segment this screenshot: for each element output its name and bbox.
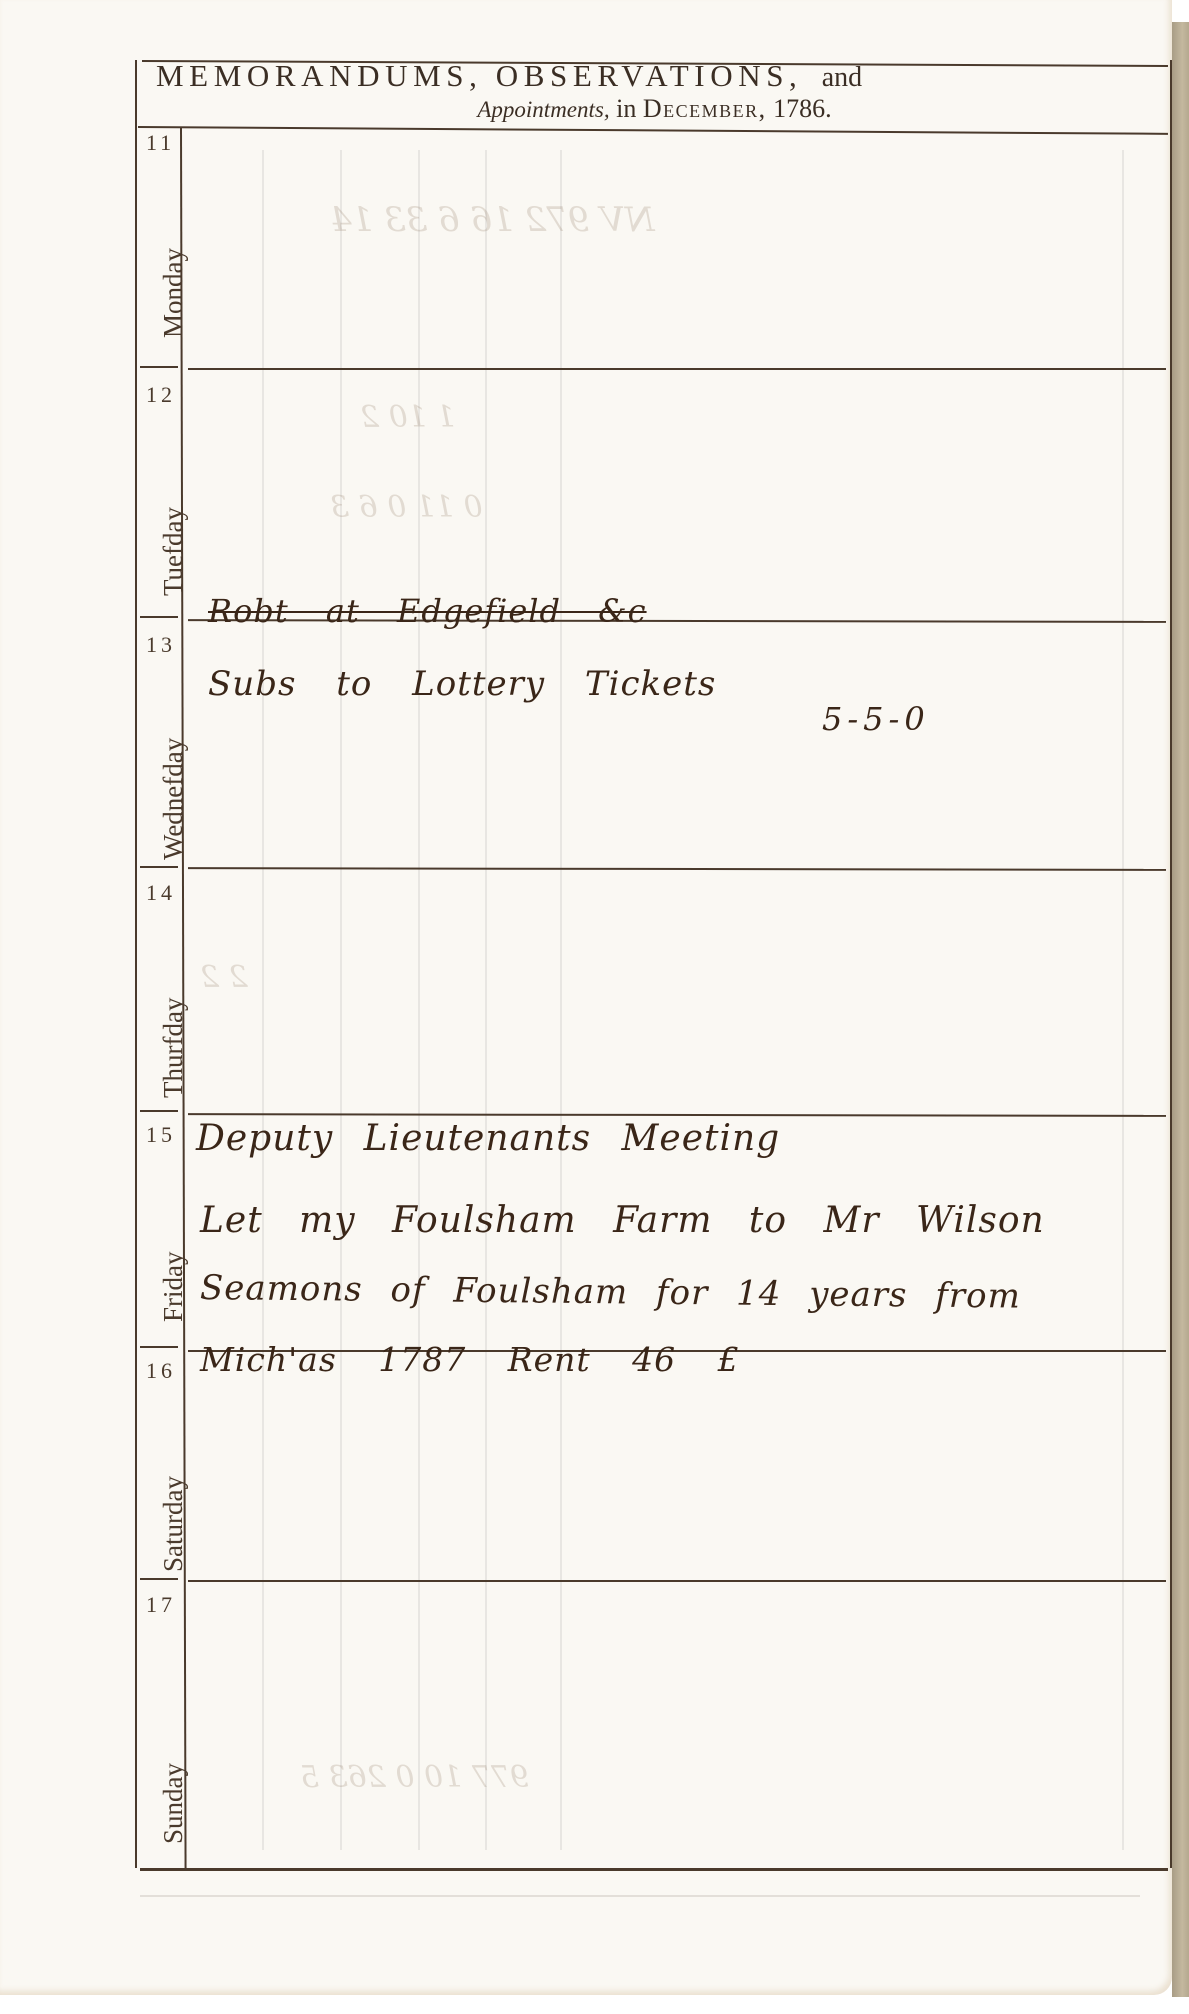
- day-separator: [140, 616, 178, 618]
- entry-wednesday-amount: 5-5-0: [822, 700, 930, 738]
- day-name: Thurfday: [158, 998, 189, 1098]
- day-number: 14: [146, 880, 176, 906]
- page-frame: [135, 60, 1172, 1868]
- row-rule: [188, 368, 1166, 370]
- title-main: MEMORANDUMS, OBSERVATIONS,: [156, 58, 802, 93]
- day-name: Sunday: [158, 1763, 189, 1844]
- day-separator: [140, 1578, 178, 1580]
- subtitle-appointments: Appointments,: [477, 97, 609, 122]
- day-number: 17: [146, 1592, 176, 1618]
- entry-tuesday-robt: Robt at Edgefield &c: [208, 592, 647, 630]
- day-name: Friday: [158, 1252, 189, 1323]
- page-title: MEMORANDUMS, OBSERVATIONS, and: [156, 58, 1166, 94]
- day-number: 15: [146, 1122, 176, 1148]
- day-separator: [140, 366, 178, 368]
- page-subtitle: Appointments, in December, 1786.: [0, 94, 1189, 124]
- day-separator: [140, 1110, 178, 1112]
- day-number: 12: [146, 382, 176, 408]
- subtitle-year: 1786.: [773, 94, 832, 123]
- day-name: Monday: [158, 248, 189, 338]
- subtitle-in: in: [616, 94, 636, 123]
- row-rule: [188, 1580, 1166, 1582]
- entry-friday-farm: Let my Foulsham Farm to Mr Wilson: [200, 1200, 1045, 1241]
- entry-friday-tenant: Seamons of Foulsham for 14 years from: [200, 1268, 1021, 1317]
- frame-bottom-rule: [140, 1868, 1168, 1871]
- day-separator: [140, 1346, 178, 1348]
- entry-friday-meeting: Deputy Lieutenants Meeting: [196, 1118, 780, 1159]
- title-and: and: [822, 62, 862, 93]
- binding-edge: [1172, 22, 1189, 1997]
- day-number: 13: [146, 632, 176, 658]
- entry-wednesday-lottery: Subs to Lottery Tickets: [208, 664, 716, 704]
- bleed-through-rule: [140, 1895, 1140, 1897]
- day-name: Wednefday: [158, 738, 189, 860]
- day-name: Tuefday: [158, 507, 189, 596]
- subtitle-month: December,: [643, 94, 767, 123]
- day-number: 11: [146, 130, 175, 156]
- entry-friday-rent: Mich'as 1787 Rent 46 £: [200, 1340, 740, 1379]
- day-separator: [140, 866, 178, 868]
- day-name: Saturday: [158, 1476, 189, 1572]
- day-number: 16: [146, 1358, 176, 1384]
